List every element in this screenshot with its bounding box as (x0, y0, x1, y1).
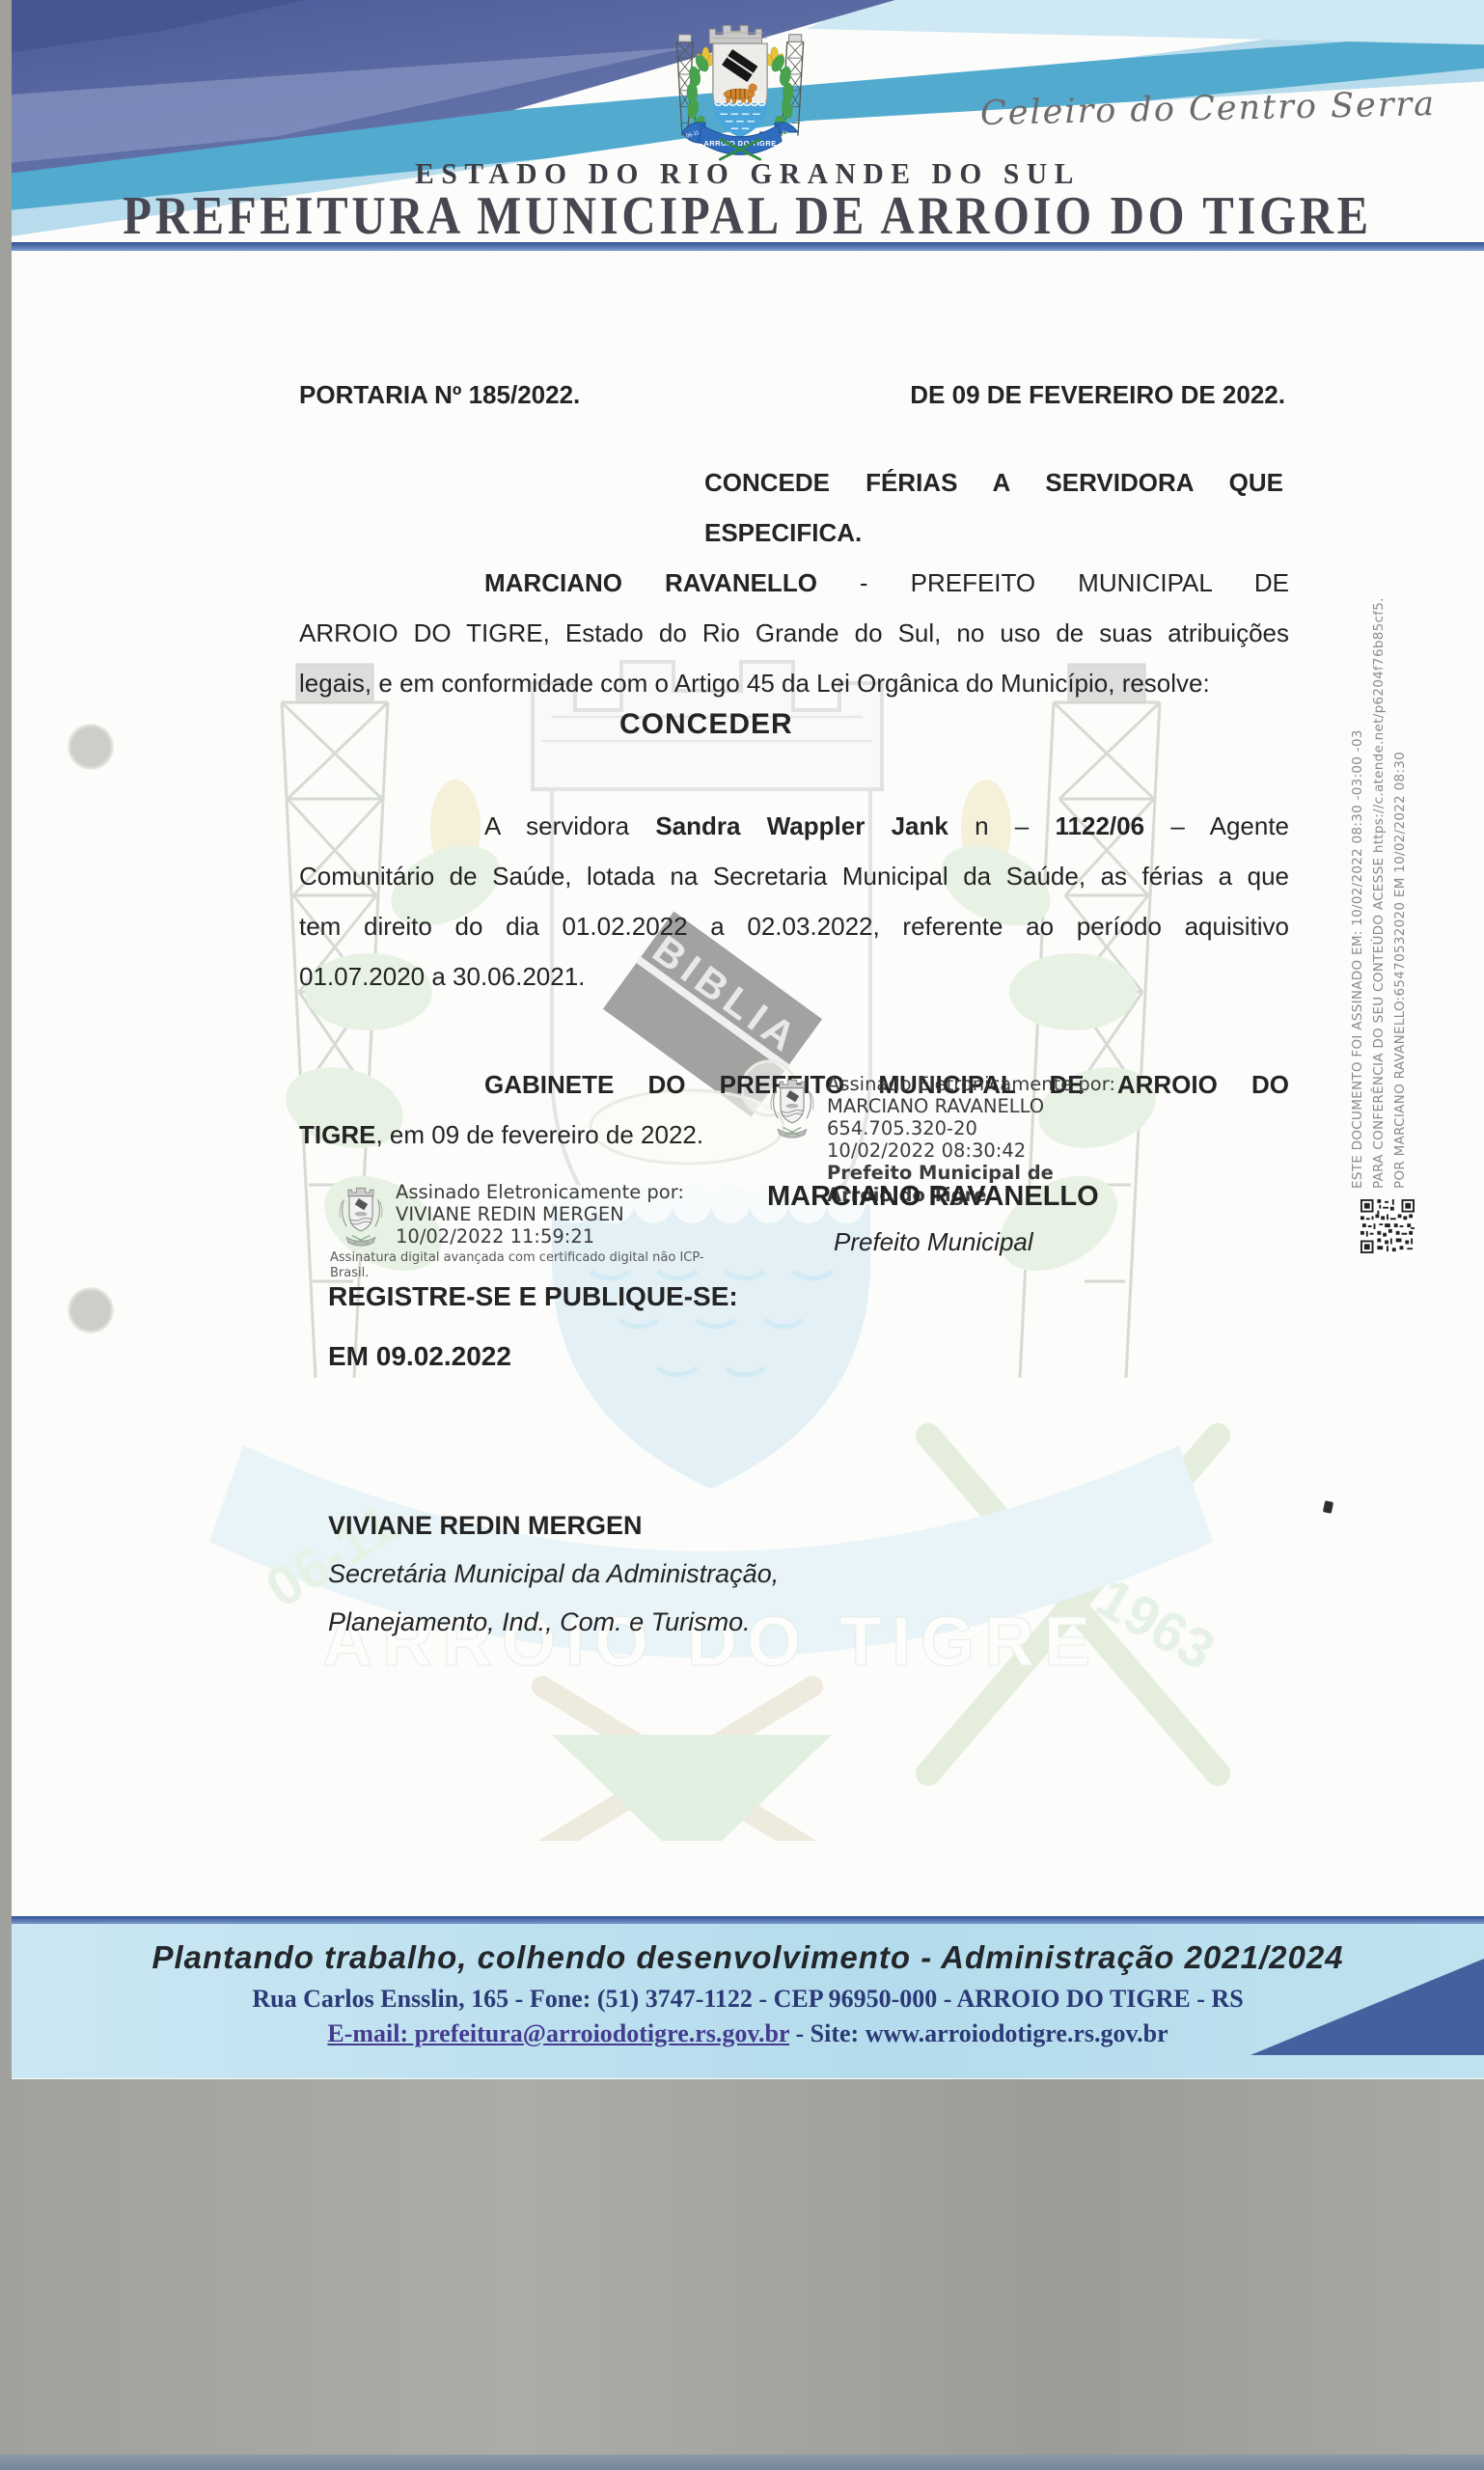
mayor-signature-role: Prefeito Municipal (834, 1227, 1033, 1257)
ink-speck (1323, 1500, 1333, 1514)
footer-rule (12, 1916, 1484, 1924)
footer-slogan: Plantando trabalho, colhendo desenvolvim… (69, 1939, 1426, 1976)
footer-address: Rua Carlos Ensslin, 165 - Fone: (51) 374… (69, 1985, 1426, 2014)
signature-note: Assinatura digital avançada com certific… (330, 1250, 793, 1281)
p2-line-1: A servidora Sandra Wappler Jank n – 1122… (299, 801, 1289, 851)
scanner-bottom-strip (0, 2455, 1484, 2470)
verification-line-1: ESTE DOCUMENTO FOI ASSINADO EM: 10/02/20… (1347, 606, 1368, 1189)
stamp-crest-icon (767, 1073, 817, 1144)
resolution-heading: CONCEDER (619, 708, 793, 741)
municipal-crest (668, 2, 812, 161)
ementa: CONCEDE FÉRIAS A SERVIDORA QUE ESPECIFIC… (704, 457, 1283, 558)
hole-punch-top (68, 724, 114, 770)
secretary-stamp-text: Assinado Eletronicamente por: VIVIANE RE… (396, 1181, 684, 1248)
coat-of-arms-watermark: BIBLIA ARROIO DO TIGRE 06-11 1963 (137, 587, 1305, 1841)
mayor-stamp-line-2: MARCIANO RAVANELLO (827, 1095, 1115, 1117)
p2-line-3: tem direito do dia 01.02.2022 a 02.03.20… (299, 901, 1289, 951)
secretary-signature-role-1: Secretária Municipal da Administração, (328, 1559, 779, 1589)
watermark-banner-right: 1963 (1086, 1566, 1225, 1683)
municipality-title-text: PREFEITURA MUNICIPAL DE ARROIO DO TIGRE (124, 186, 1373, 247)
p1-line-2: ARROIO DO TIGRE, Estado do Rio Grande do… (299, 608, 1289, 658)
ementa-line-1: CONCEDE FÉRIAS A SERVIDORA QUE (704, 457, 1283, 508)
footer-email-link: E-mail: prefeitura@arroiodotigre.rs.gov.… (327, 2019, 789, 2047)
p3-tigre-bold: TIGRE (299, 1120, 375, 1149)
ementa-line-2: ESPECIFICA. (704, 508, 1283, 558)
municipality-title: PREFEITURA MUNICIPAL DE ARROIO DO TIGRE (12, 187, 1484, 245)
p3-line-2-rest: , em 09 de fevereiro de 2022. (375, 1120, 703, 1149)
mayor-signature-name: MARCIANO RAVANELLO (767, 1181, 1099, 1213)
signature-note-line-2: Brasil. (330, 1266, 793, 1281)
secretary-stamp-datetime: 10/02/2022 11:59:21 (396, 1225, 684, 1248)
secretary-signature-stamp: Assinado Eletronicamente por: VIVIANE RE… (336, 1181, 684, 1252)
secretary-signature-name: VIVIANE REDIN MERGEN (328, 1511, 643, 1541)
signature-note-line-1: Assinatura digital avançada com certific… (330, 1250, 793, 1266)
portaria-header-row: PORTARIA Nº 185/2022. DE 09 DE FEVEREIRO… (299, 370, 1285, 420)
p2-line-2: Comunitário de Saúde, lotada na Secretar… (299, 851, 1289, 901)
p2-mid: n – (948, 811, 1056, 840)
footer-contact: E-mail: prefeitura@arroiodotigre.rs.gov.… (69, 2019, 1426, 2048)
hole-punch-bottom (68, 1287, 114, 1333)
p2-tail: – Agente (1144, 811, 1289, 840)
secretary-signature-role-2: Planejamento, Ind., Com. e Turismo. (328, 1607, 751, 1637)
mayor-name-inline: MARCIANO RAVANELLO (484, 568, 817, 597)
p1-line-1: MARCIANO RAVANELLO - PREFEITO MUNICIPAL … (299, 558, 1289, 608)
body-paragraph-2: A servidora Sandra Wappler Jank n – 1122… (299, 801, 1289, 1002)
servant-name: Sandra Wappler Jank (655, 811, 948, 840)
p1-line-3: legais, e em conformidade com o Artigo 4… (299, 658, 1289, 708)
secretary-stamp-line-1: Assinado Eletronicamente por: (396, 1181, 684, 1203)
registre-line: REGISTRE-SE E PUBLIQUE-SE: (328, 1281, 738, 1312)
header-rule (12, 242, 1484, 251)
p1-line-1-rest: - PREFEITO MUNICIPAL DE (817, 568, 1289, 597)
side-verification-text: ESTE DOCUMENTO FOI ASSINADO EM: 10/02/20… (1347, 606, 1415, 1189)
stamp-crest-icon (336, 1181, 386, 1252)
verification-line-3: POR MARCIANO RAVANELLO:65470532020 EM 10… (1389, 606, 1411, 1189)
p2-pre: A servidora (484, 811, 655, 840)
mayor-stamp-line-1: Assinado Eletronicamente por: (827, 1073, 1115, 1095)
portaria-date: DE 09 DE FEVEREIRO DE 2022. (910, 370, 1285, 420)
em-date-line: EM 09.02.2022 (328, 1341, 511, 1372)
document-page: BIBLIA ARROIO DO TIGRE 06-11 1963 (12, 0, 1484, 2079)
p2-line-4: 01.07.2020 a 30.06.2021. (299, 951, 1289, 1002)
qr-code (1360, 1199, 1415, 1253)
body-paragraph-1: MARCIANO RAVANELLO - PREFEITO MUNICIPAL … (299, 558, 1289, 708)
mayor-stamp-cpf: 654.705.320-20 (827, 1117, 1115, 1139)
verification-line-2: PARA CONFERÊNCIA DO SEU CONTEÚDO ACESSE … (1368, 606, 1389, 1189)
portaria-number: PORTARIA Nº 185/2022. (299, 370, 580, 420)
secretary-stamp-line-2: VIVIANE REDIN MERGEN (396, 1203, 684, 1225)
mayor-stamp-datetime: 10/02/2022 08:30:42 (827, 1139, 1115, 1162)
servant-number: 1122/06 (1056, 811, 1145, 840)
footer-site: - Site: www.arroiodotigre.rs.gov.br (796, 2019, 1168, 2047)
